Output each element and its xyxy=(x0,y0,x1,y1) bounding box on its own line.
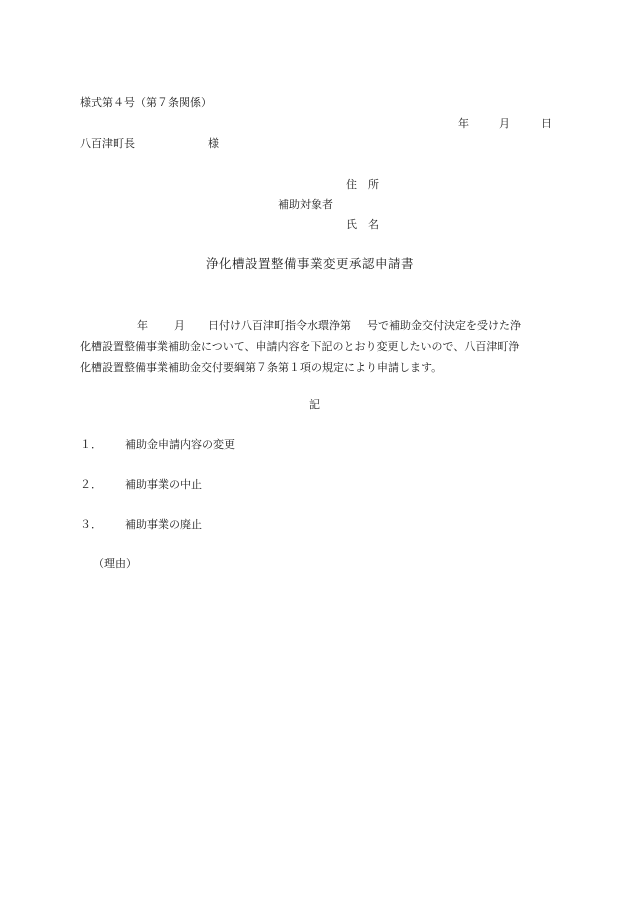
addressee-name: 八百津町長 xyxy=(80,137,135,151)
name-label: 氏 名 xyxy=(346,218,379,232)
body-line-1: 年 月 日付け八百津町指令水環浄第 号で補助金交付決定を受けた浄 xyxy=(80,315,552,336)
body-year: 年 xyxy=(137,315,148,336)
body-line-2: 化槽設置整備事業補助金について、申請内容を下記のとおり変更したいので、八百津町浄 xyxy=(80,336,552,357)
item-text: 補助金申請内容の変更 xyxy=(125,438,235,452)
body-paragraph: 年 月 日付け八百津町指令水環浄第 号で補助金交付決定を受けた浄 化槽設置整備事… xyxy=(80,315,552,378)
item-number: ３． xyxy=(80,518,102,532)
form-number-label: 様式第４号（第７条関係） xyxy=(80,96,212,110)
reason-label: （理由） xyxy=(93,557,137,571)
item-number: １． xyxy=(80,438,102,452)
addressee-honorific: 様 xyxy=(208,137,219,151)
date-month: 月 xyxy=(499,117,510,131)
date-day: 日 xyxy=(541,117,552,131)
date-year: 年 xyxy=(458,117,469,131)
applicant-label: 補助対象者 xyxy=(278,198,333,212)
body-month: 月 xyxy=(174,315,185,336)
body-text-a: 日付け八百津町指令水環浄第 xyxy=(208,315,351,336)
item-text: 補助事業の廃止 xyxy=(125,518,202,532)
item-text: 補助事業の中止 xyxy=(125,478,202,492)
body-text-b: 号で補助金交付決定を受けた浄 xyxy=(367,315,521,336)
ki-heading: 記 xyxy=(309,398,320,412)
address-label: 住 所 xyxy=(346,178,379,192)
item-number: ２． xyxy=(80,478,102,492)
body-line-3: 化槽設置整備事業補助金交付要綱第７条第１項の規定により申請します。 xyxy=(80,357,552,378)
document-title: 浄化槽設置整備事業変更承認申請書 xyxy=(206,257,414,271)
